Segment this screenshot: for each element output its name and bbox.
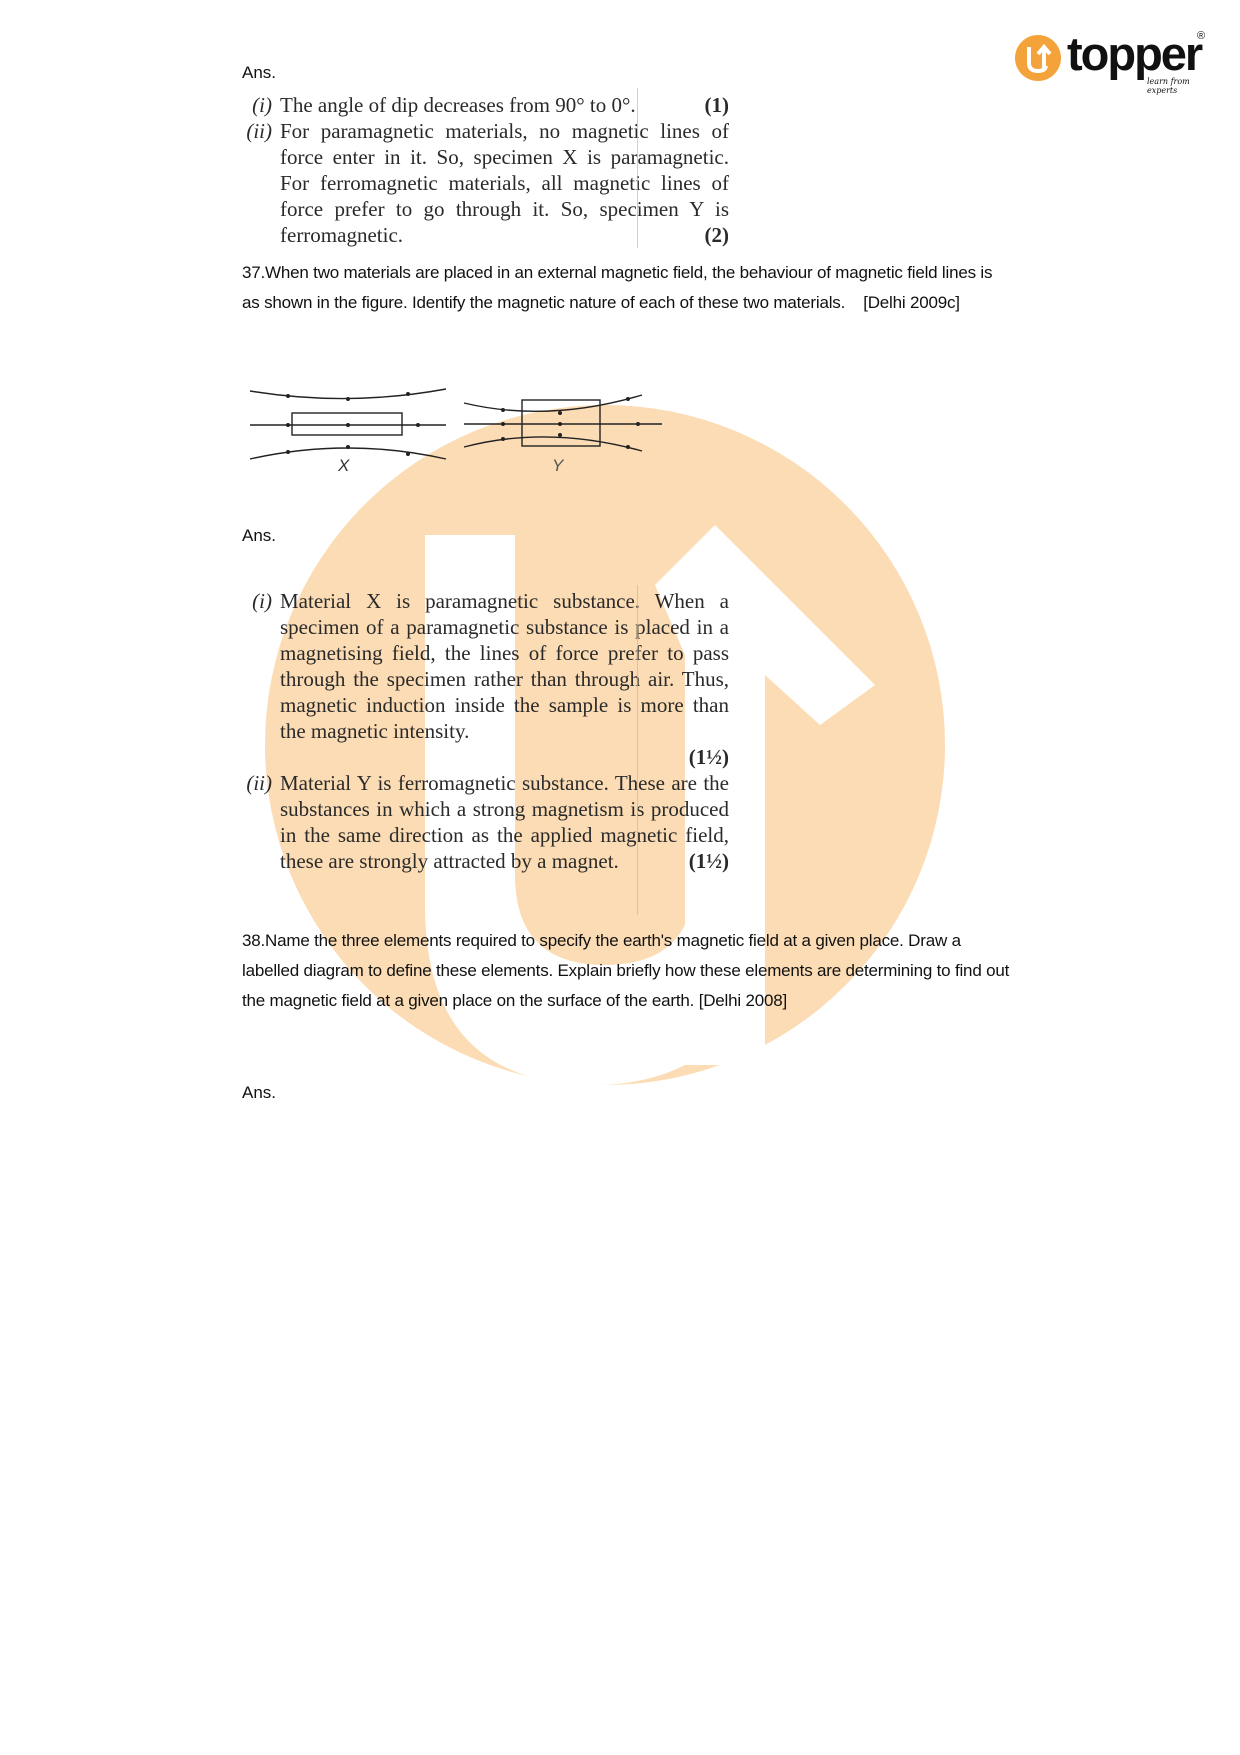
question-source: [Delhi 2008]	[699, 991, 787, 1010]
logo-text: topper	[1067, 26, 1201, 81]
item-text: The angle of dip decreases from 90° to 0…	[280, 93, 636, 117]
topper-logo: topper ® learn from experts	[1015, 30, 1215, 92]
marks: (1½)	[689, 848, 729, 874]
registered-mark: ®	[1197, 30, 1205, 42]
scan-divider	[637, 88, 638, 248]
answer-37-block: (i) Material X is paramagnetic substance…	[244, 588, 729, 874]
answer-36-block: (i) The angle of dip decreases from 90° …	[244, 92, 729, 248]
item-text: Material X is paramagnetic substance. Wh…	[280, 589, 729, 743]
answer-label: Ans.	[242, 63, 276, 83]
figure-label-y: Y	[552, 456, 563, 476]
answer-label: Ans.	[242, 1083, 276, 1103]
question-text: 38.Name the three elements required to s…	[242, 931, 1009, 1010]
question-source: [Delhi 2009c]	[863, 293, 960, 312]
marks: (1)	[705, 92, 730, 118]
answer-item: (i) The angle of dip decreases from 90° …	[244, 92, 729, 118]
item-text: For paramagnetic materials, no magnetic …	[280, 119, 729, 247]
item-number: (i)	[244, 588, 280, 770]
marks: (1½)	[280, 744, 729, 770]
item-number: (ii)	[244, 770, 280, 874]
logo-mark-icon	[1015, 35, 1061, 81]
magnetic-field-lines-figure	[248, 385, 678, 485]
question-37: 37.When two materials are placed in an e…	[242, 258, 1012, 318]
item-number: (i)	[244, 92, 280, 118]
logo-tagline: learn from experts	[1147, 77, 1215, 95]
answer-label: Ans.	[242, 526, 276, 546]
figure-label-x: X	[338, 456, 349, 476]
marks: (2)	[705, 222, 730, 248]
item-text: Material Y is ferromagnetic substance. T…	[280, 771, 729, 873]
answer-item: (i) Material X is paramagnetic substance…	[244, 588, 729, 770]
answer-item: (ii) For paramagnetic materials, no magn…	[244, 118, 729, 248]
question-38: 38.Name the three elements required to s…	[242, 926, 1012, 1016]
scan-divider	[637, 585, 638, 915]
item-number: (ii)	[244, 118, 280, 248]
answer-item: (ii) Material Y is ferromagnetic substan…	[244, 770, 729, 874]
